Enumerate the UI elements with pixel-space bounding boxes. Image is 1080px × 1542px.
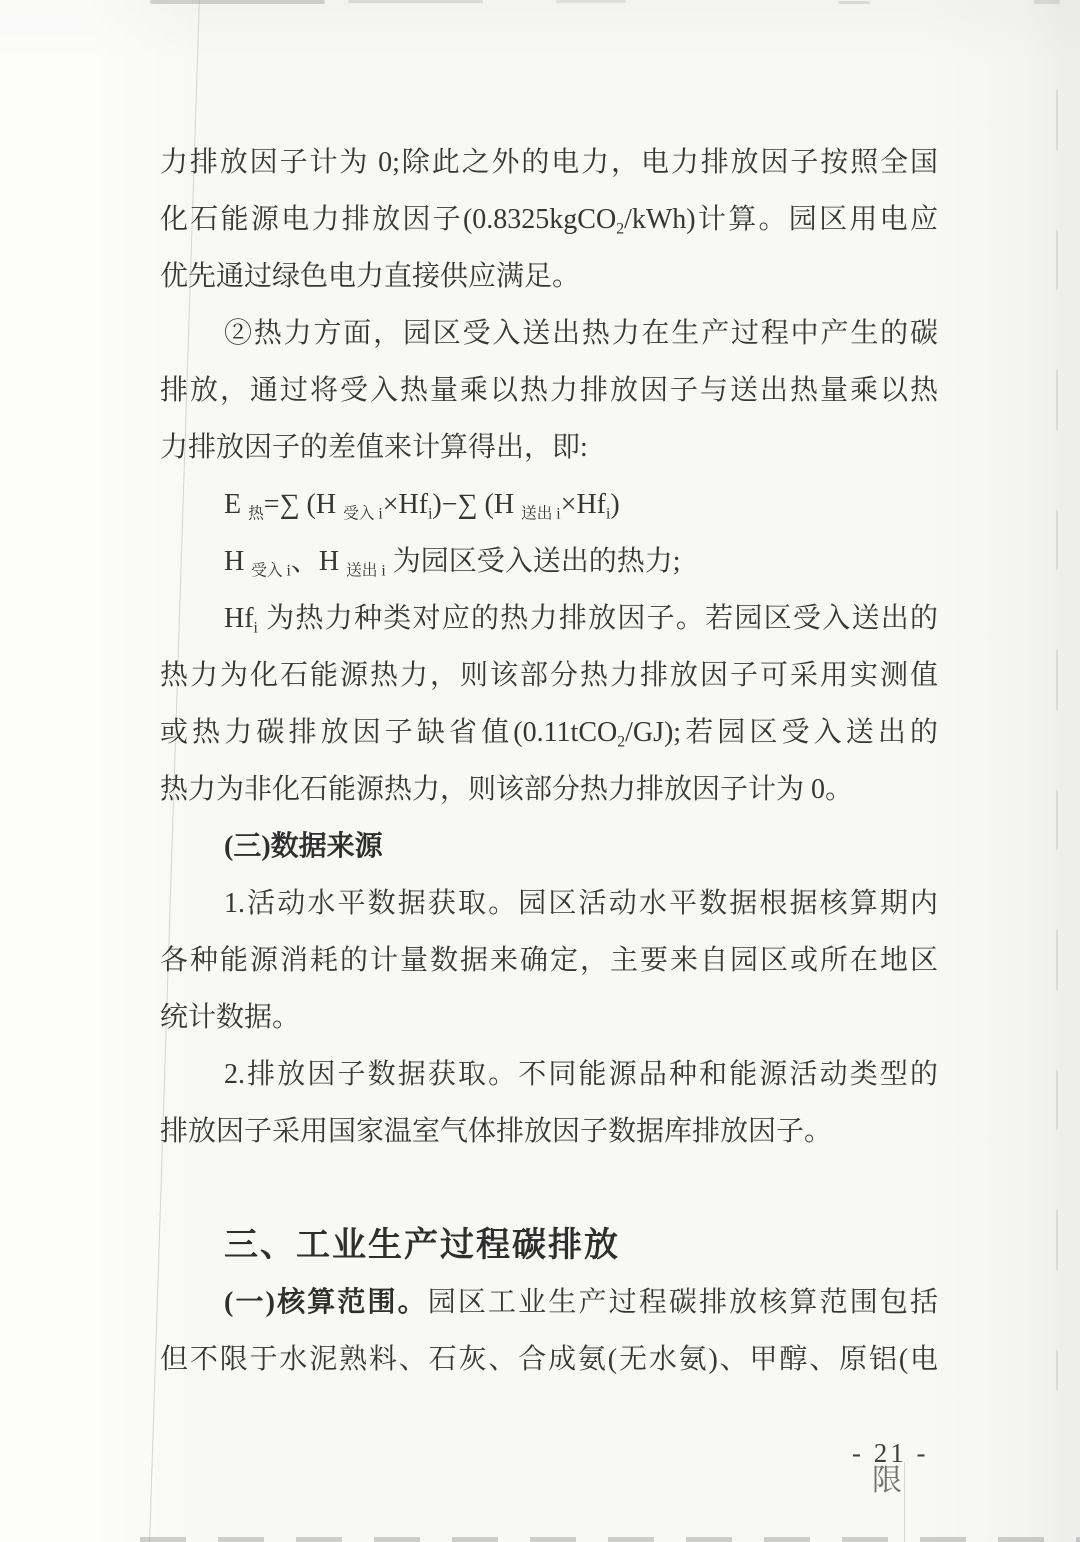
text-line: 1.活动水平数据获取。园区活动水平数据根据核算期内 <box>160 875 938 932</box>
text-line: 统计数据。 <box>160 989 938 1046</box>
text-line: 力排放因子的差值来计算得出，即: <box>160 419 938 476</box>
subsection-heading: (三)数据来源 <box>160 818 938 875</box>
text-line: 力排放因子计为 0;除此之外的电力，电力排放因子按照全国 <box>160 134 938 191</box>
formula-line: H 受入 i、H 送出 i 为园区受入送出的热力; <box>160 533 938 590</box>
text-line: 热力为非化石能源热力，则该部分热力排放因子计为 0。 <box>160 761 938 818</box>
scan-artifact-top <box>150 0 325 4</box>
scan-edge-streak <box>1056 90 1058 1390</box>
bleedthrough-char: 限 <box>872 1455 902 1499</box>
text-line: Hfi 为热力种类对应的热力排放因子。若园区受入送出的 <box>160 590 938 647</box>
text-line: 排放因子采用国家温室气体排放因子数据库排放因子。 <box>160 1103 938 1160</box>
text-line: 热力为化石能源热力，则该部分热力排放因子可采用实测值 <box>160 647 938 704</box>
scan-artifact-bottom-dashes <box>140 1537 1080 1542</box>
scanned-document-page: 力排放因子计为 0;除此之外的电力，电力排放因子按照全国化石能源电力排放因子(0… <box>0 0 1080 1542</box>
scan-artifact-top <box>838 1 870 4</box>
text-line: 2.排放因子数据获取。不同能源品种和能源活动类型的 <box>160 1046 938 1103</box>
text-line: 优先通过绿色电力直接供应满足。 <box>160 248 938 305</box>
text-line: 化石能源电力排放因子(0.8325kgCO2/kWh)计算。园区用电应 <box>160 191 938 248</box>
text-line: 或热力碳排放因子缺省值(0.11tCO2/GJ);若园区受入送出的 <box>160 704 938 761</box>
scan-artifact-top <box>1034 0 1060 4</box>
text-line: 排放，通过将受入热量乘以热力排放因子与送出热量乘以热 <box>160 362 938 419</box>
document-text: 力排放因子计为 0;除此之外的电力，电力排放因子按照全国化石能源电力排放因子(0… <box>160 134 938 1388</box>
scan-artifact-bottom <box>904 1462 905 1542</box>
scan-artifact-top <box>556 0 626 3</box>
section-heading: 三、工业生产过程碳排放 <box>160 1217 938 1274</box>
text-line: 但不限于水泥熟料、石灰、合成氨(无水氨)、甲醇、原铝(电 <box>160 1331 938 1388</box>
blank-line <box>160 1160 938 1217</box>
scan-artifact-top <box>348 0 483 3</box>
formula-line: E 热=∑ (H 受入 i×Hfi)−∑ (H 送出 i×Hfi) <box>160 476 938 533</box>
text-line: ②热力方面，园区受入送出热力在生产过程中产生的碳 <box>160 305 938 362</box>
text-line: (一)核算范围。园区工业生产过程碳排放核算范围包括 <box>160 1274 938 1331</box>
text-line: 各种能源消耗的计量数据来确定，主要来自园区或所在地区 <box>160 932 938 989</box>
